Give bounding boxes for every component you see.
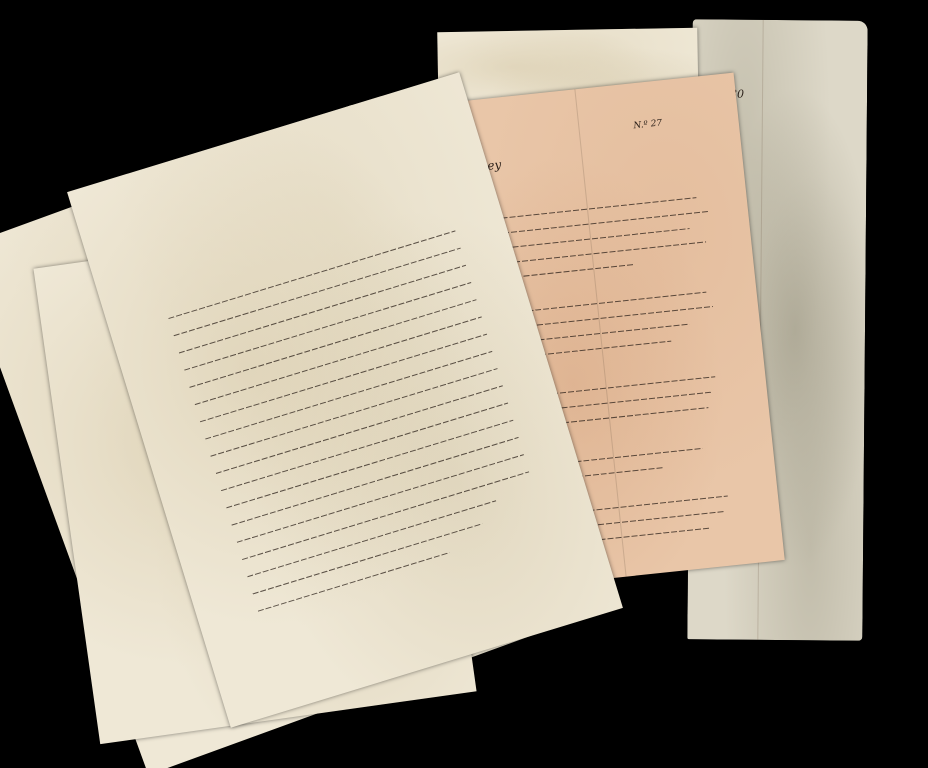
letter-number: N.º 27 [633, 118, 663, 131]
